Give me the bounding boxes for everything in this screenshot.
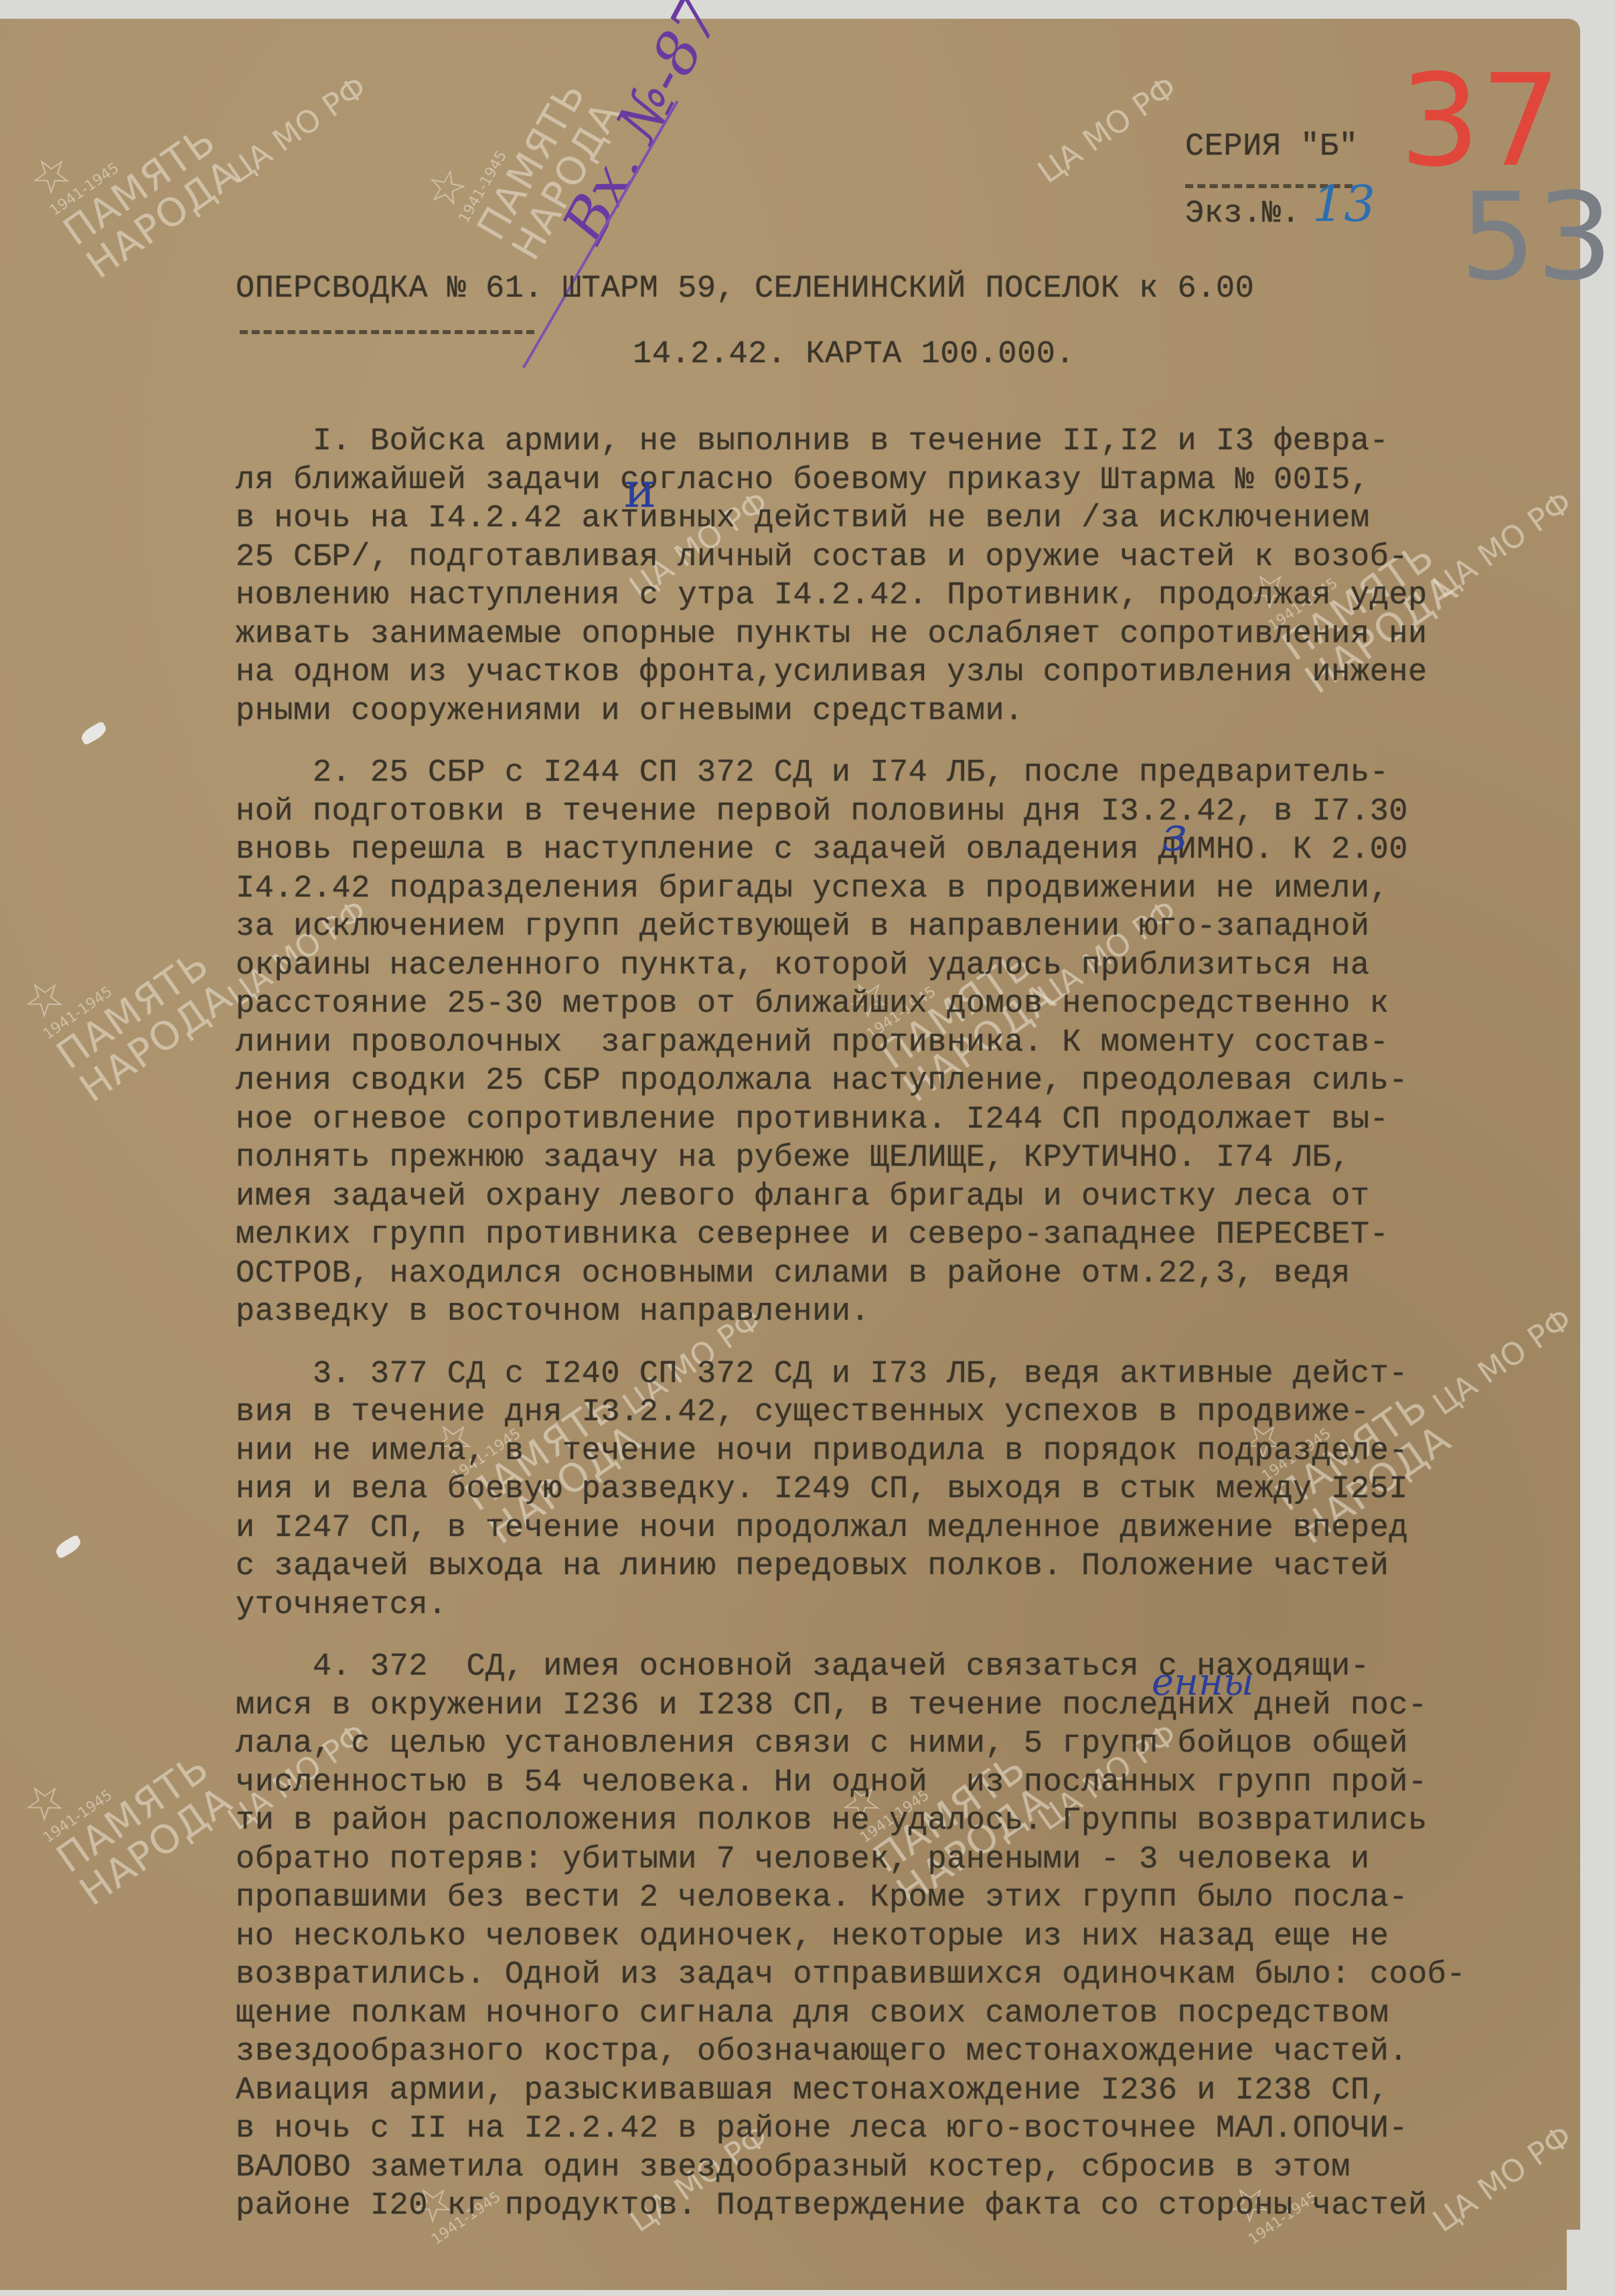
body-text-line: обратно потеряв: убитыми 7 человек, ране… [236,1840,1370,1880]
handwritten-insertion: з [1162,807,1187,862]
body-text-line: ти в район расположения полков не удалос… [236,1801,1428,1841]
document-date-map: 14.2.42. КАРТА 100.000. [633,335,1075,375]
body-text-line: новлению наступления с утра I4.2.42. Про… [236,576,1428,616]
body-text-line: ВАЛОВО заметила один звездообразный кост… [236,2148,1351,2188]
page-corner-background [1567,2230,1615,2296]
body-text-line: в ночь с II на I2.2.42 в районе леса юго… [236,2109,1408,2149]
body-text-line: с задачей выхода на линию передовых полк… [236,1547,1389,1587]
body-text-line: живать занимаемые опорные пункты не осла… [236,615,1428,655]
body-text-line: щение полкам ночного сигнала для своих с… [236,1994,1389,2034]
body-text-line: I4.2.42 подразделения бригады успеха в п… [236,869,1389,909]
body-text-line: ния и вела боевую разведку. I249 СП, вых… [236,1470,1408,1510]
body-text-line: вия в течение дня I3.2.42, существенных … [236,1393,1370,1433]
body-text-line: ля ближайшей задачи согласно боевому при… [236,461,1370,501]
body-text-line: I. Войска армии, не выполнив в течение I… [236,422,1389,462]
body-text-line: ной подготовки в течение первой половины… [236,792,1408,832]
body-text-line: возвратились. Одной из задач отправивших… [236,1955,1466,1995]
body-text-line: ОСТРОВ, находился основными силами в рай… [236,1254,1351,1294]
document-title: ОПЕРСВОДКА № 61. ШТАРМ 59, СЕЛЕНИНСКИЙ П… [236,269,1254,309]
body-text-line: полнять прежнюю задачу на рубеже ЩЕЛИЩЕ,… [236,1138,1351,1178]
copy-number-label: Экз.№. [1185,194,1300,234]
body-text-line: 3. 377 СД с I240 СП 372 СД и I73 ЛБ, вед… [236,1355,1408,1395]
body-text-line: ное огневое сопротивление противника. I2… [236,1100,1389,1140]
body-text-line: имея задачей охрану левого фланга бригад… [236,1177,1370,1217]
body-text-line: окраины населенного пункта, которой удал… [236,946,1370,986]
body-text-line: на одном из участков фронта,усиливая узл… [236,653,1428,693]
page-number-pencil: 53 [1460,167,1613,307]
body-text-line: 2. 25 СБР с I244 СП 372 СД и I74 ЛБ, пос… [236,753,1389,793]
body-text-line: расстояние 25-30 метров от ближайших дом… [236,984,1389,1024]
body-text-line: звездообразного костра, обозначающего ме… [236,2032,1408,2072]
handwritten-insertion: и [624,462,656,518]
body-text-line: линии проволочных заграждений противника… [236,1023,1389,1063]
body-text-line: ления сводки 25 СБР продолжала наступлен… [236,1061,1408,1101]
handwritten-insertion: енны [1152,1661,1254,1704]
body-text-line: 25 СБР/, подготавливая личный состав и о… [236,538,1408,578]
body-text-line: лала, с целью установления связи с ними,… [236,1724,1408,1764]
body-text-line: и I247 СП, в течение ночи продолжал медл… [236,1509,1408,1549]
body-text-line: разведку в восточном направлении. [236,1292,870,1332]
body-text-line: районе I20 кг продуктов. Подтверждение ф… [236,2186,1428,2226]
body-text-line: за исключением групп действующей в напра… [236,907,1370,947]
body-text-line: мелких групп противника севернее и север… [236,1215,1389,1255]
body-text-line: нии не имела, в течение ночи приводила в… [236,1432,1408,1472]
series-stamp: СЕРИЯ "Б" [1185,127,1358,167]
body-text-line: численностью в 54 человека. Ни одной из … [236,1763,1428,1803]
title-underline [240,330,534,334]
body-text-line: Авиация армии, разыскивавшая местонахожд… [236,2071,1389,2111]
body-text-line: в ночь на I4.2.42 активных действий не в… [236,499,1370,539]
body-text-line: рными сооружениями и огневыми средствами… [236,692,1024,732]
copy-number-handwritten: 13 [1312,175,1375,233]
body-text-line: уточняется. [236,1586,447,1626]
body-text-line: но несколько человек одиночек, некоторые… [236,1917,1389,1957]
body-text-line: пропавшими без вести 2 человека. Кроме э… [236,1878,1408,1918]
body-text-line: вновь перешла в наступление с задачей ов… [236,830,1408,870]
